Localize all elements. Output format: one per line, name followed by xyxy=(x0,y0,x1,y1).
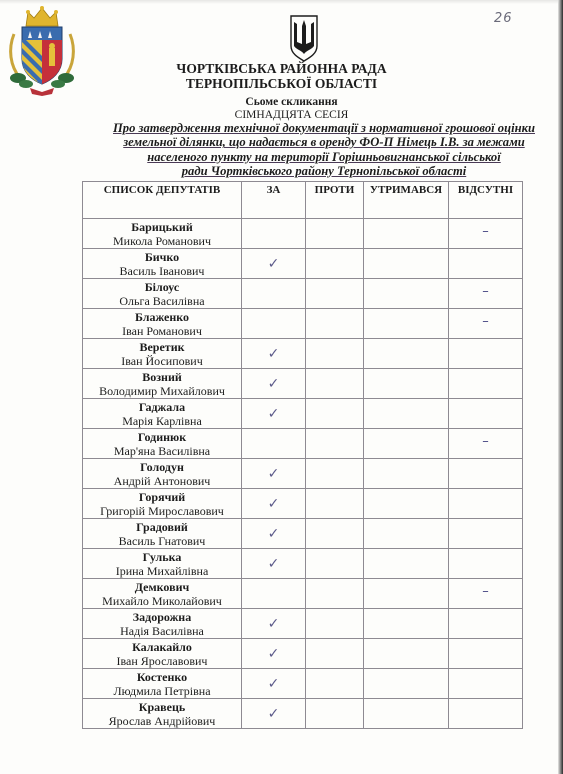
table-row: ГодинюкМар'яна Василівна– xyxy=(83,429,523,459)
scan-top-shadow xyxy=(0,0,563,4)
vote-cell-against xyxy=(306,579,364,609)
ukraine-trident-icon xyxy=(289,14,319,62)
vote-cell-for xyxy=(242,219,306,249)
vote-cell-for xyxy=(242,429,306,459)
checkmark-icon: ✓ xyxy=(242,646,305,662)
deputy-surname: Костенко xyxy=(83,669,241,684)
deputy-given-name: Ольга Василівна xyxy=(83,294,241,308)
table-row: КостенкоЛюдмила Петрівна✓ xyxy=(83,669,523,699)
deputy-name-cell: ВеретикІван Йосипович xyxy=(83,339,242,369)
vote-cell-for: ✓ xyxy=(242,399,306,429)
vote-cell-absent xyxy=(449,519,523,549)
vote-cell-against xyxy=(306,369,364,399)
deputy-surname: Калакайло xyxy=(83,639,241,654)
vote-cell-abstain xyxy=(364,489,449,519)
vote-cell-against xyxy=(306,669,364,699)
table-header-row: СПИСОК ДЕПУТАТІВ ЗА ПРОТИ УТРИМАВСЯ ВІДС… xyxy=(83,182,523,219)
decision-title: Про затвердження технічної документації … xyxy=(84,121,563,178)
deputy-given-name: Іван Ярославович xyxy=(83,654,241,668)
voting-table: СПИСОК ДЕПУТАТІВ ЗА ПРОТИ УТРИМАВСЯ ВІДС… xyxy=(82,181,523,729)
dash-mark-icon: – xyxy=(449,224,522,239)
dash-mark-icon: – xyxy=(449,584,522,599)
vote-cell-absent xyxy=(449,489,523,519)
decision-title-line: населеного пункту на території Горішньов… xyxy=(147,150,500,164)
vote-cell-against xyxy=(306,429,364,459)
vote-cell-abstain xyxy=(364,579,449,609)
vote-cell-against xyxy=(306,279,364,309)
region-name: ТЕРНОПІЛЬСЬКОЇ ОБЛАСТІ xyxy=(0,77,563,91)
vote-cell-against xyxy=(306,699,364,729)
checkmark-icon: ✓ xyxy=(242,616,305,632)
dash-mark-icon: – xyxy=(449,314,522,329)
deputy-given-name: Ярослав Андрійович xyxy=(83,714,241,728)
vote-cell-absent xyxy=(449,699,523,729)
column-header-against: ПРОТИ xyxy=(306,182,364,219)
checkmark-icon: ✓ xyxy=(242,526,305,542)
decision-title-line: земельної ділянки, що надається в оренду… xyxy=(123,135,524,149)
deputy-given-name: Іван Романович xyxy=(83,324,241,338)
vote-cell-absent: – xyxy=(449,429,523,459)
table-row: ГулькаІрина Михайлівна✓ xyxy=(83,549,523,579)
deputy-name-cell: ГулькаІрина Михайлівна xyxy=(83,549,242,579)
vote-cell-for: ✓ xyxy=(242,339,306,369)
deputy-name-cell: БарицькийМикола Романович xyxy=(83,219,242,249)
checkmark-icon: ✓ xyxy=(242,376,305,392)
vote-cell-for: ✓ xyxy=(242,699,306,729)
deputy-surname: Голодун xyxy=(83,459,241,474)
deputy-name-cell: ЗадорожнаНадія Василівна xyxy=(83,609,242,639)
table-row: КалакайлоІван Ярославович✓ xyxy=(83,639,523,669)
vote-cell-for: ✓ xyxy=(242,489,306,519)
deputy-name-cell: ГодинюкМар'яна Василівна xyxy=(83,429,242,459)
deputy-surname: Задорожна xyxy=(83,609,241,624)
deputy-surname: Возний xyxy=(83,369,241,384)
deputy-surname: Кравець xyxy=(83,699,241,714)
vote-cell-absent xyxy=(449,369,523,399)
vote-cell-for: ✓ xyxy=(242,519,306,549)
deputy-name-cell: БлаженкоІван Романович xyxy=(83,309,242,339)
vote-cell-against xyxy=(306,639,364,669)
vote-cell-absent xyxy=(449,249,523,279)
vote-cell-for: ✓ xyxy=(242,369,306,399)
vote-cell-absent: – xyxy=(449,579,523,609)
vote-cell-against xyxy=(306,609,364,639)
vote-cell-for xyxy=(242,279,306,309)
deputy-given-name: Марія Карлівна xyxy=(83,414,241,428)
vote-cell-against xyxy=(306,249,364,279)
table-row: ГаджалаМарія Карлівна✓ xyxy=(83,399,523,429)
decision-title-line: ради Чортківського району Тернопільської… xyxy=(182,164,466,178)
page-number: 26 xyxy=(494,11,513,26)
deputy-name-cell: КостенкоЛюдмила Петрівна xyxy=(83,669,242,699)
table-row: ГолодунАндрій Антонович✓ xyxy=(83,459,523,489)
column-header-for: ЗА xyxy=(242,182,306,219)
session-title: СІМНАДЦЯТА СЕСІЯ xyxy=(10,109,563,121)
deputy-surname: Веретик xyxy=(83,339,241,354)
deputy-surname: Бичко xyxy=(83,249,241,264)
vote-cell-abstain xyxy=(364,549,449,579)
column-header-deputies: СПИСОК ДЕПУТАТІВ xyxy=(83,182,242,219)
deputy-surname: Горячий xyxy=(83,489,241,504)
vote-cell-abstain xyxy=(364,429,449,459)
vote-cell-abstain xyxy=(364,669,449,699)
checkmark-icon: ✓ xyxy=(242,406,305,422)
deputy-surname: Білоус xyxy=(83,279,241,294)
convocation: Сьоме скликання xyxy=(10,96,563,108)
vote-cell-absent: – xyxy=(449,309,523,339)
deputy-surname: Градовий xyxy=(83,519,241,534)
dash-mark-icon: – xyxy=(449,284,522,299)
vote-cell-abstain xyxy=(364,309,449,339)
table-row: БілоусОльга Василівна– xyxy=(83,279,523,309)
table-row: ВеретикІван Йосипович✓ xyxy=(83,339,523,369)
table-row: ДемковичМихайло Миколайович– xyxy=(83,579,523,609)
voting-table-body: БарицькийМикола Романович–БичкоВасиль Ів… xyxy=(83,219,523,729)
vote-cell-against xyxy=(306,399,364,429)
deputy-given-name: Михайло Миколайович xyxy=(83,594,241,608)
vote-cell-absent xyxy=(449,399,523,429)
vote-cell-abstain xyxy=(364,369,449,399)
table-row: БарицькийМикола Романович– xyxy=(83,219,523,249)
vote-cell-absent xyxy=(449,549,523,579)
vote-cell-against xyxy=(306,549,364,579)
checkmark-icon: ✓ xyxy=(242,676,305,692)
dash-mark-icon: – xyxy=(449,434,522,449)
vote-cell-for: ✓ xyxy=(242,549,306,579)
deputy-surname: Барицький xyxy=(83,219,241,234)
decision-title-line: Про затвердження технічної документації … xyxy=(113,121,535,135)
deputy-name-cell: ГолодунАндрій Антонович xyxy=(83,459,242,489)
deputy-surname: Демкович xyxy=(83,579,241,594)
deputy-given-name: Микола Романович xyxy=(83,234,241,248)
vote-cell-for xyxy=(242,579,306,609)
checkmark-icon: ✓ xyxy=(242,706,305,722)
checkmark-icon: ✓ xyxy=(242,556,305,572)
table-row: ГрадовийВасиль Гнатович✓ xyxy=(83,519,523,549)
table-row: БлаженкоІван Романович– xyxy=(83,309,523,339)
vote-cell-for: ✓ xyxy=(242,249,306,279)
table-row: КравецьЯрослав Андрійович✓ xyxy=(83,699,523,729)
deputy-name-cell: ГорячийГригорій Мирославович xyxy=(83,489,242,519)
deputy-given-name: Мар'яна Василівна xyxy=(83,444,241,458)
vote-cell-against xyxy=(306,519,364,549)
council-name: ЧОРТКІВСЬКА РАЙОННА РАДА xyxy=(0,62,563,76)
vote-cell-against xyxy=(306,309,364,339)
deputy-surname: Гаджала xyxy=(83,399,241,414)
column-header-absent: ВІДСУТНІ xyxy=(449,182,523,219)
deputy-given-name: Володимир Михайлович xyxy=(83,384,241,398)
deputy-given-name: Людмила Петрівна xyxy=(83,684,241,698)
deputy-given-name: Надія Василівна xyxy=(83,624,241,638)
checkmark-icon: ✓ xyxy=(242,346,305,362)
deputy-name-cell: ГрадовийВасиль Гнатович xyxy=(83,519,242,549)
column-header-abstained: УТРИМАВСЯ xyxy=(364,182,449,219)
table-row: ЗадорожнаНадія Василівна✓ xyxy=(83,609,523,639)
deputy-name-cell: ВознийВолодимир Михайлович xyxy=(83,369,242,399)
vote-cell-abstain xyxy=(364,279,449,309)
vote-cell-against xyxy=(306,459,364,489)
vote-cell-for xyxy=(242,309,306,339)
vote-cell-absent xyxy=(449,459,523,489)
vote-cell-abstain xyxy=(364,219,449,249)
vote-cell-absent xyxy=(449,669,523,699)
deputy-given-name: Григорій Мирославович xyxy=(83,504,241,518)
vote-cell-absent: – xyxy=(449,279,523,309)
vote-cell-abstain xyxy=(364,609,449,639)
table-row: ВознийВолодимир Михайлович✓ xyxy=(83,369,523,399)
deputy-given-name: Іван Йосипович xyxy=(83,354,241,368)
vote-cell-against xyxy=(306,489,364,519)
table-row: ГорячийГригорій Мирославович✓ xyxy=(83,489,523,519)
checkmark-icon: ✓ xyxy=(242,496,305,512)
vote-cell-for: ✓ xyxy=(242,609,306,639)
deputy-name-cell: БичкоВасиль Іванович xyxy=(83,249,242,279)
vote-cell-absent xyxy=(449,609,523,639)
vote-cell-for: ✓ xyxy=(242,669,306,699)
vote-cell-for: ✓ xyxy=(242,459,306,489)
deputy-given-name: Василь Іванович xyxy=(83,264,241,278)
vote-cell-abstain xyxy=(364,639,449,669)
deputy-given-name: Ірина Михайлівна xyxy=(83,564,241,578)
deputy-surname: Гулька xyxy=(83,549,241,564)
deputy-surname: Блаженко xyxy=(83,309,241,324)
vote-cell-abstain xyxy=(364,249,449,279)
vote-cell-absent xyxy=(449,639,523,669)
vote-cell-abstain xyxy=(364,459,449,489)
deputy-given-name: Андрій Антонович xyxy=(83,474,241,488)
table-row: БичкоВасиль Іванович✓ xyxy=(83,249,523,279)
deputy-name-cell: КалакайлоІван Ярославович xyxy=(83,639,242,669)
vote-cell-abstain xyxy=(364,399,449,429)
vote-cell-absent xyxy=(449,339,523,369)
deputy-given-name: Василь Гнатович xyxy=(83,534,241,548)
vote-cell-absent: – xyxy=(449,219,523,249)
deputy-name-cell: ДемковичМихайло Миколайович xyxy=(83,579,242,609)
vote-cell-abstain xyxy=(364,339,449,369)
vote-cell-against xyxy=(306,219,364,249)
deputy-surname: Годинюк xyxy=(83,429,241,444)
checkmark-icon: ✓ xyxy=(242,466,305,482)
deputy-name-cell: ГаджалаМарія Карлівна xyxy=(83,399,242,429)
vote-cell-abstain xyxy=(364,519,449,549)
checkmark-icon: ✓ xyxy=(242,256,305,272)
vote-cell-against xyxy=(306,339,364,369)
vote-cell-abstain xyxy=(364,699,449,729)
vote-cell-for: ✓ xyxy=(242,639,306,669)
deputy-name-cell: КравецьЯрослав Андрійович xyxy=(83,699,242,729)
deputy-name-cell: БілоусОльга Василівна xyxy=(83,279,242,309)
